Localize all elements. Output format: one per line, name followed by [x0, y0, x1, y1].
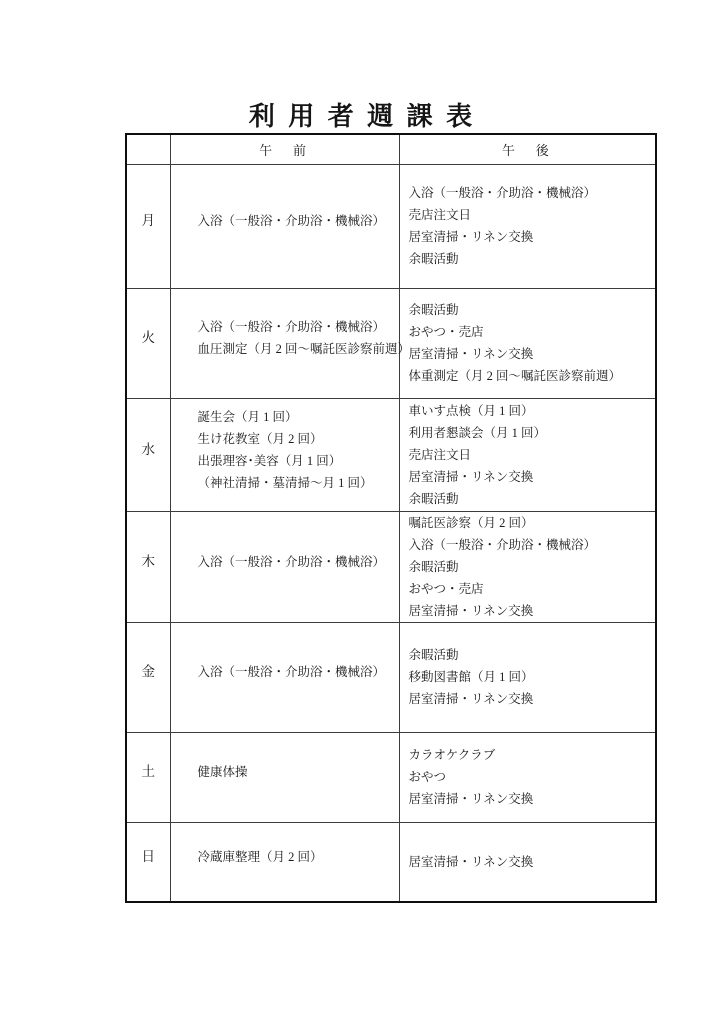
- day-label: 水: [126, 398, 170, 511]
- activity-item: 余暇活動: [409, 644, 656, 666]
- day-label: 土: [126, 732, 170, 822]
- morning-activities: 入浴（一般浴・介助浴・機械浴）血圧測定（月 2 回～嘱託医診察前週）: [170, 288, 399, 398]
- activity-item: 入浴（一般浴・介助浴・機械浴）: [409, 534, 656, 556]
- activity-item: 余暇活動: [409, 248, 656, 270]
- activity-item: カラオケクラブ: [409, 744, 656, 766]
- activity-item: 利用者懇談会（月 1 回）: [409, 422, 656, 444]
- activity-item: 移動図書館（月 1 回）: [409, 666, 656, 688]
- activity-item: 健康体操: [198, 761, 399, 783]
- schedule-row: 日冷蔵庫整理（月 2 回）居室清掃・リネン交換: [126, 822, 656, 902]
- activity-item: 入浴（一般浴・介助浴・機械浴）: [198, 551, 399, 573]
- day-label: 火: [126, 288, 170, 398]
- activity-item: 売店注文日: [409, 204, 656, 226]
- afternoon-activities: 車いす点検（月 1 回）利用者懇談会（月 1 回）売店注文日居室清掃・リネン交換…: [399, 398, 656, 511]
- activity-item: 生け花教室（月 2 回）: [198, 428, 399, 450]
- activity-item: おやつ: [409, 766, 656, 788]
- morning-activities: 誕生会（月 1 回）生け花教室（月 2 回）出張理容･美容（月 1 回）（神社清…: [170, 398, 399, 511]
- page-title: 利 用 者 週 課 表: [0, 96, 724, 133]
- schedule-row: 火入浴（一般浴・介助浴・機械浴）血圧測定（月 2 回～嘱託医診察前週）余暇活動お…: [126, 288, 656, 398]
- morning-activities: 入浴（一般浴・介助浴・機械浴）: [170, 164, 399, 288]
- activity-item: 体重測定（月 2 回～嘱託医診察前週）: [409, 365, 656, 387]
- activity-item: 居室清掃・リネン交換: [409, 466, 656, 488]
- activity-item: 余暇活動: [409, 488, 656, 510]
- weekly-schedule-table: 午 前 午 後 月入浴（一般浴・介助浴・機械浴）入浴（一般浴・介助浴・機械浴）売…: [125, 133, 657, 903]
- activity-item: 売店注文日: [409, 444, 656, 466]
- activity-item: 入浴（一般浴・介助浴・機械浴）: [198, 316, 399, 338]
- activity-item: 誕生会（月 1 回）: [198, 406, 399, 428]
- activity-item: 居室清掃・リネン交換: [409, 226, 656, 248]
- afternoon-activities: 入浴（一般浴・介助浴・機械浴）売店注文日居室清掃・リネン交換余暇活動: [399, 164, 656, 288]
- day-label: 木: [126, 511, 170, 622]
- activity-item: 冷蔵庫整理（月 2 回）: [198, 846, 399, 868]
- day-label: 日: [126, 822, 170, 902]
- activity-item: 居室清掃・リネン交換: [409, 688, 656, 710]
- header-afternoon-cell: 午 後: [399, 134, 656, 164]
- day-label: 金: [126, 622, 170, 732]
- activity-item: おやつ・売店: [409, 578, 656, 600]
- activity-item: 居室清掃・リネン交換: [409, 788, 656, 810]
- schedule-row: 水誕生会（月 1 回）生け花教室（月 2 回）出張理容･美容（月 1 回）（神社…: [126, 398, 656, 511]
- afternoon-activities: 居室清掃・リネン交換: [399, 822, 656, 902]
- schedule-row: 木入浴（一般浴・介助浴・機械浴）嘱託医診察（月 2 回）入浴（一般浴・介助浴・機…: [126, 511, 656, 622]
- morning-activities: 入浴（一般浴・介助浴・機械浴）: [170, 511, 399, 622]
- activity-item: 余暇活動: [409, 556, 656, 578]
- morning-activities: 冷蔵庫整理（月 2 回）: [170, 822, 399, 902]
- activity-item: 居室清掃・リネン交換: [409, 343, 656, 365]
- schedule-row: 土健康体操カラオケクラブおやつ居室清掃・リネン交換: [126, 732, 656, 822]
- activity-item: おやつ・売店: [409, 321, 656, 343]
- activity-item: 出張理容･美容（月 1 回）: [198, 450, 399, 472]
- afternoon-activities: 嘱託医診察（月 2 回）入浴（一般浴・介助浴・機械浴）余暇活動おやつ・売店居室清…: [399, 511, 656, 622]
- activity-item: 血圧測定（月 2 回～嘱託医診察前週）: [198, 338, 399, 360]
- day-label: 月: [126, 164, 170, 288]
- afternoon-activities: 余暇活動おやつ・売店居室清掃・リネン交換体重測定（月 2 回～嘱託医診察前週）: [399, 288, 656, 398]
- morning-activities: 入浴（一般浴・介助浴・機械浴）: [170, 622, 399, 732]
- activity-item: （神社清掃・墓清掃～月 1 回）: [198, 472, 399, 494]
- activity-item: 入浴（一般浴・介助浴・機械浴）: [409, 182, 656, 204]
- document-page: 利 用 者 週 課 表 午 前 午 後 月入浴（一般浴・介助浴・機械浴）入浴（一…: [0, 0, 724, 1024]
- activity-item: 入浴（一般浴・介助浴・機械浴）: [198, 661, 399, 683]
- activity-item: 余暇活動: [409, 299, 656, 321]
- activity-item: 嘱託医診察（月 2 回）: [409, 512, 656, 534]
- activity-item: 居室清掃・リネン交換: [409, 600, 656, 622]
- afternoon-activities: 余暇活動移動図書館（月 1 回）居室清掃・リネン交換: [399, 622, 656, 732]
- schedule-row: 月入浴（一般浴・介助浴・機械浴）入浴（一般浴・介助浴・機械浴）売店注文日居室清掃…: [126, 164, 656, 288]
- header-day-cell: [126, 134, 170, 164]
- header-morning-cell: 午 前: [170, 134, 399, 164]
- schedule-row: 金入浴（一般浴・介助浴・機械浴）余暇活動移動図書館（月 1 回）居室清掃・リネン…: [126, 622, 656, 732]
- morning-activities: 健康体操: [170, 732, 399, 822]
- activity-item: 車いす点検（月 1 回）: [409, 400, 656, 422]
- activity-item: 居室清掃・リネン交換: [409, 851, 656, 873]
- header-row: 午 前 午 後: [126, 134, 656, 164]
- afternoon-activities: カラオケクラブおやつ居室清掃・リネン交換: [399, 732, 656, 822]
- activity-item: 入浴（一般浴・介助浴・機械浴）: [198, 210, 399, 232]
